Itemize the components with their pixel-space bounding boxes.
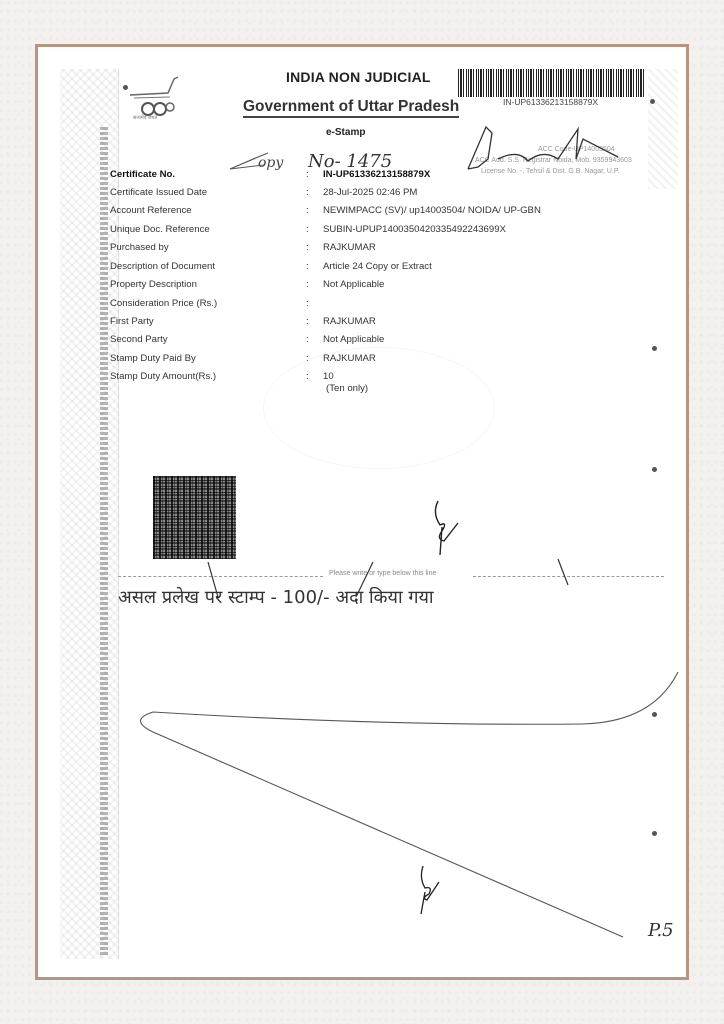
header-government: Government of Uttar Pradesh bbox=[243, 98, 459, 118]
hindi-note-text: असल प्रलेख पर स्टाम्प - 100/- अदा किया ग… bbox=[118, 586, 434, 608]
field-label: Certificate Issued Date bbox=[110, 187, 310, 198]
field-value: Article 24 Copy or Extract bbox=[323, 261, 432, 272]
cancellation-stroke bbox=[133, 672, 686, 952]
field-value: 10 bbox=[323, 371, 334, 382]
field-label: First Party bbox=[110, 316, 310, 327]
signature-bottom bbox=[413, 862, 453, 922]
field-label: Second Party bbox=[110, 334, 310, 345]
punch-mark bbox=[123, 85, 128, 90]
field-separator: : bbox=[306, 242, 309, 253]
state-emblem-icon bbox=[124, 71, 188, 121]
field-separator: : bbox=[306, 298, 309, 309]
field-label: Account Reference bbox=[110, 205, 310, 216]
field-value: IN-UP61336213158879X bbox=[323, 169, 430, 180]
field-subvalue: (Ten only) bbox=[326, 383, 368, 394]
punch-mark bbox=[652, 346, 657, 351]
punch-mark bbox=[650, 99, 655, 104]
estamp-paper: सत्यमेव जयते INDIA NON JUDICIAL Governme… bbox=[38, 47, 686, 977]
field-value: Not Applicable bbox=[323, 334, 384, 345]
officer-stamp: ACC Code-UP14003504 ACC Add. S.S. Regist… bbox=[463, 142, 673, 192]
field-separator: : bbox=[306, 224, 309, 235]
field-separator: : bbox=[306, 187, 309, 198]
field-value: SUBIN-UPUP14003504203354922436​99X bbox=[323, 224, 506, 235]
field-value: Not Applicable bbox=[323, 279, 384, 290]
emblem-caption: सत्यमेव जयते bbox=[133, 115, 157, 121]
field-label: Description of Document bbox=[110, 261, 310, 272]
field-label: Unique Doc. Reference bbox=[110, 224, 310, 235]
field-label: Consideration Price (Rs.) bbox=[110, 298, 310, 309]
field-separator: : bbox=[306, 334, 309, 345]
qr-code bbox=[153, 476, 236, 559]
field-separator: : bbox=[306, 261, 309, 272]
field-separator: : bbox=[306, 371, 309, 382]
field-value: RAJKUMAR bbox=[323, 353, 376, 364]
field-label: Purchased by bbox=[110, 242, 310, 253]
field-label: Certificate No. bbox=[110, 169, 310, 180]
punch-mark bbox=[652, 712, 657, 717]
field-separator: : bbox=[306, 316, 309, 327]
estamp-label: e-Stamp bbox=[326, 127, 365, 138]
cut-line: Please write or type below this line bbox=[118, 570, 664, 584]
field-value: RAJKUMAR bbox=[323, 316, 376, 327]
field-label: Stamp Duty Amount(Rs.) bbox=[110, 371, 310, 382]
cut-line-right bbox=[473, 576, 664, 577]
field-separator: : bbox=[306, 279, 309, 290]
field-value: NEWIMPACC (SV)/ up14003504/ NOIDA/ UP-GB… bbox=[323, 205, 541, 216]
punch-mark bbox=[652, 831, 657, 836]
document-frame: सत्यमेव जयते INDIA NON JUDICIAL Governme… bbox=[35, 44, 689, 980]
header-title: INDIA NON JUDICIAL bbox=[286, 69, 431, 85]
field-separator: : bbox=[306, 169, 309, 180]
officer-stamp-line3: License No. -, Tehsil & Dist. G.B. Nagar… bbox=[481, 166, 620, 177]
field-label: Property Description bbox=[110, 279, 310, 290]
field-value: RAJKUMAR bbox=[323, 242, 376, 253]
watermark-seal bbox=[263, 347, 495, 469]
cut-line-note: Please write or type below this line bbox=[326, 570, 439, 577]
field-separator: : bbox=[306, 205, 309, 216]
field-value: 28-Jul-2025 02:46 PM bbox=[323, 187, 417, 198]
page-mark: P.5 bbox=[648, 920, 674, 941]
officer-stamp-line2: ACC Add. S.S. Registrar Noida, Mob. 9359… bbox=[475, 155, 632, 166]
signature-mid bbox=[428, 497, 468, 557]
punch-mark bbox=[652, 467, 657, 472]
barcode bbox=[458, 69, 645, 97]
field-label: Stamp Duty Paid By bbox=[110, 353, 310, 364]
field-separator: : bbox=[306, 353, 309, 364]
officer-stamp-line1: ACC Code-UP14003504 bbox=[538, 144, 615, 155]
hindi-handwritten-note: असल प्रलेख पर स्टाम्प - 100/- अदा किया ग… bbox=[118, 557, 678, 617]
cut-line-left bbox=[118, 576, 323, 577]
microtext-strip bbox=[100, 127, 108, 957]
security-border-left bbox=[60, 69, 119, 959]
barcode-number: IN-UP61336213158879X bbox=[503, 97, 598, 107]
